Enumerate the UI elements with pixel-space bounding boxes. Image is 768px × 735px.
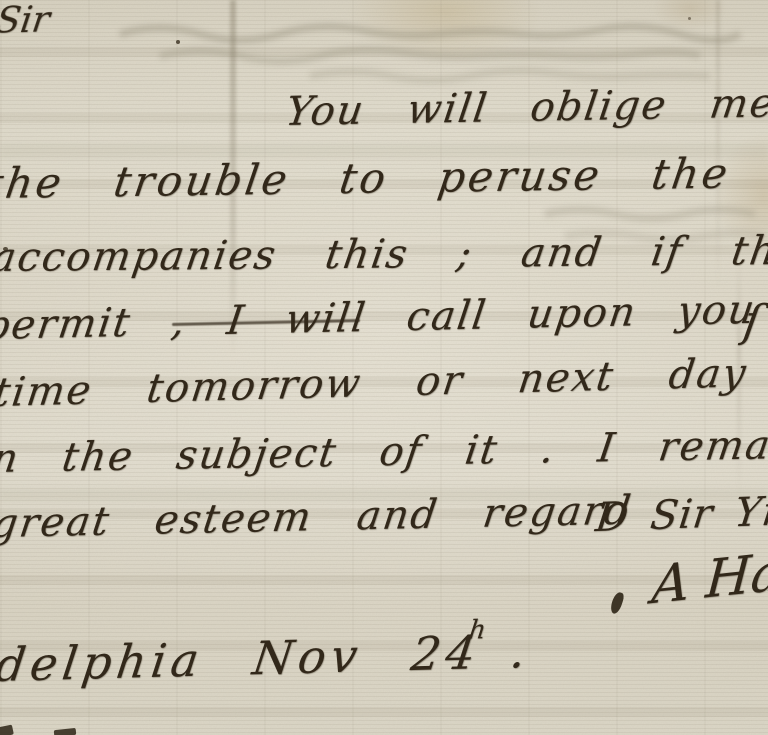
letter-opening-line: You will oblige me by <box>283 80 768 134</box>
letter-page: Sir You will oblige me by the trouble to… <box>0 0 768 735</box>
letter-closing-courtesy: D Sir Yr Obe <box>593 486 768 540</box>
ink-speck <box>3 247 8 251</box>
dateline-place-date: delphia Nov 24 <box>0 625 484 692</box>
ink-speck <box>688 17 691 20</box>
dateline-superscript: h <box>467 615 488 646</box>
signature-fragment: A Ha <box>650 544 768 616</box>
letter-body-line: accompanies this ; and if the we <box>0 228 768 280</box>
letter-salutation: Sir <box>0 0 52 42</box>
pen-flourish-mark <box>609 591 625 615</box>
cut-off-writing-fragment <box>0 725 14 735</box>
letter-body-line: n the subject of it . I remain w <box>0 421 768 481</box>
dateline: delphia Nov 24h. <box>0 626 534 691</box>
letter-body-line: the trouble to peruse the Report <box>0 148 768 208</box>
dateline-period: . <box>507 624 534 679</box>
letter-body-line: time tomorrow or next day to c <box>0 347 768 416</box>
letter-body-line: permit , I will call upon you <box>0 288 759 348</box>
ink-speck <box>176 40 180 44</box>
letter-closing-phrase: great esteem and regard <box>0 489 635 547</box>
cut-off-writing-fragment <box>54 728 77 735</box>
